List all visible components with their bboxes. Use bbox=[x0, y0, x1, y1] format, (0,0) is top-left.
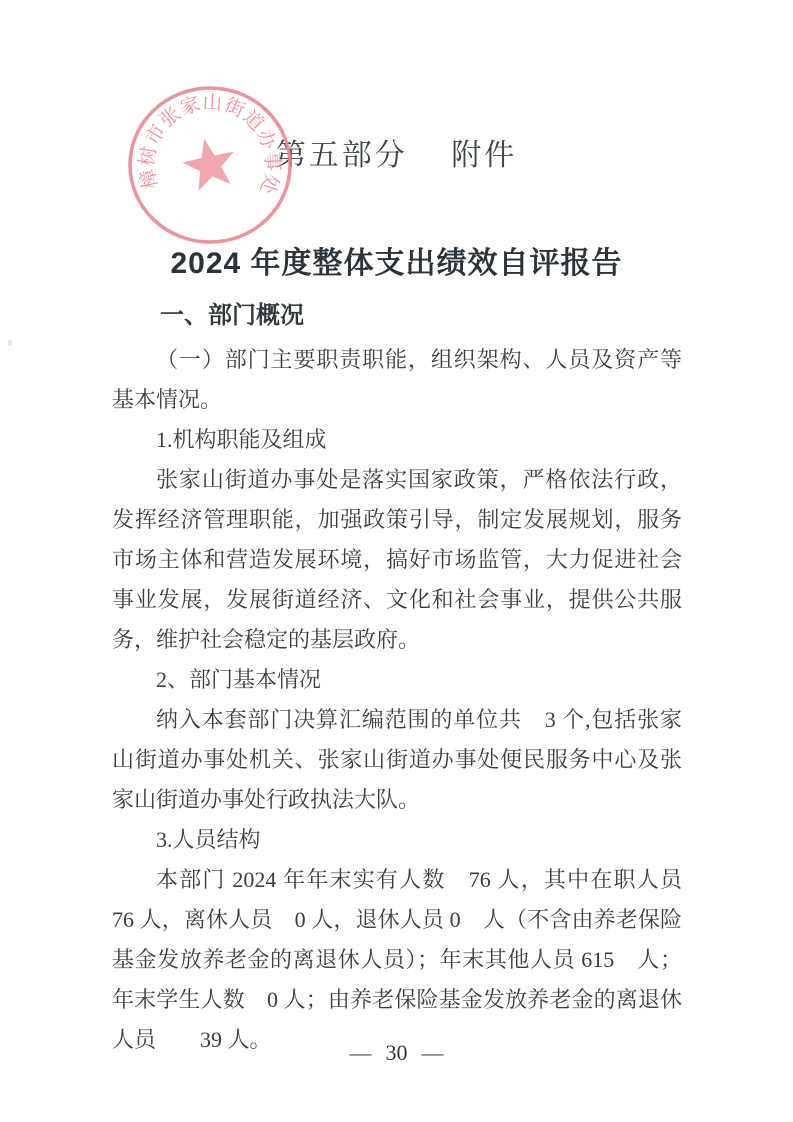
report-title: 2024 年度整体支出绩效自评报告 bbox=[0, 243, 793, 285]
page-number-value: 30 bbox=[386, 1040, 408, 1065]
official-seal: 樟树市张家山街道办事处 bbox=[124, 84, 296, 248]
part-heading: 第五部分 附件 bbox=[0, 136, 793, 176]
page-number: —30— bbox=[0, 1040, 793, 1066]
paragraph-duties-intro: （一）部门主要职责职能，组织架构、人员及资产等基本情况。 bbox=[112, 340, 682, 420]
document-page: 樟树市张家山街道办事处 第五部分 附件 2024 年度整体支出绩效自评报告 一、… bbox=[0, 0, 793, 1122]
seal-star-icon bbox=[178, 133, 240, 193]
paragraph-personnel-structure: 本部门 2024 年年末实有人数 76 人，其中在职人员 76 人，离休人员 0… bbox=[112, 860, 682, 1060]
subheading-org-functions: 1.机构职能及组成 bbox=[112, 420, 682, 460]
subheading-basic-info: 2、部门基本情况 bbox=[112, 660, 682, 700]
paragraph-basic-info: 纳入本套部门决算汇编范围的单位共 3 个,包括张家山街道办事处机关、张家山街道办… bbox=[112, 700, 682, 820]
page-number-dash-right: — bbox=[422, 1040, 444, 1065]
paragraph-org-functions: 张家山街道办事处是落实国家政策，严格依法行政，发挥经济管理职能，加强政策引导，制… bbox=[112, 460, 682, 660]
document-body: 一、部门概况 （一）部门主要职责职能，组织架构、人员及资产等基本情况。 1.机构… bbox=[112, 292, 682, 1060]
page-number-dash-left: — bbox=[350, 1040, 372, 1065]
scan-artifact-speck bbox=[8, 340, 12, 346]
official-seal-graphic: 樟树市张家山街道办事处 bbox=[124, 84, 296, 248]
section-heading-department-overview: 一、部门概况 bbox=[112, 292, 682, 340]
subheading-personnel-structure: 3.人员结构 bbox=[112, 820, 682, 860]
